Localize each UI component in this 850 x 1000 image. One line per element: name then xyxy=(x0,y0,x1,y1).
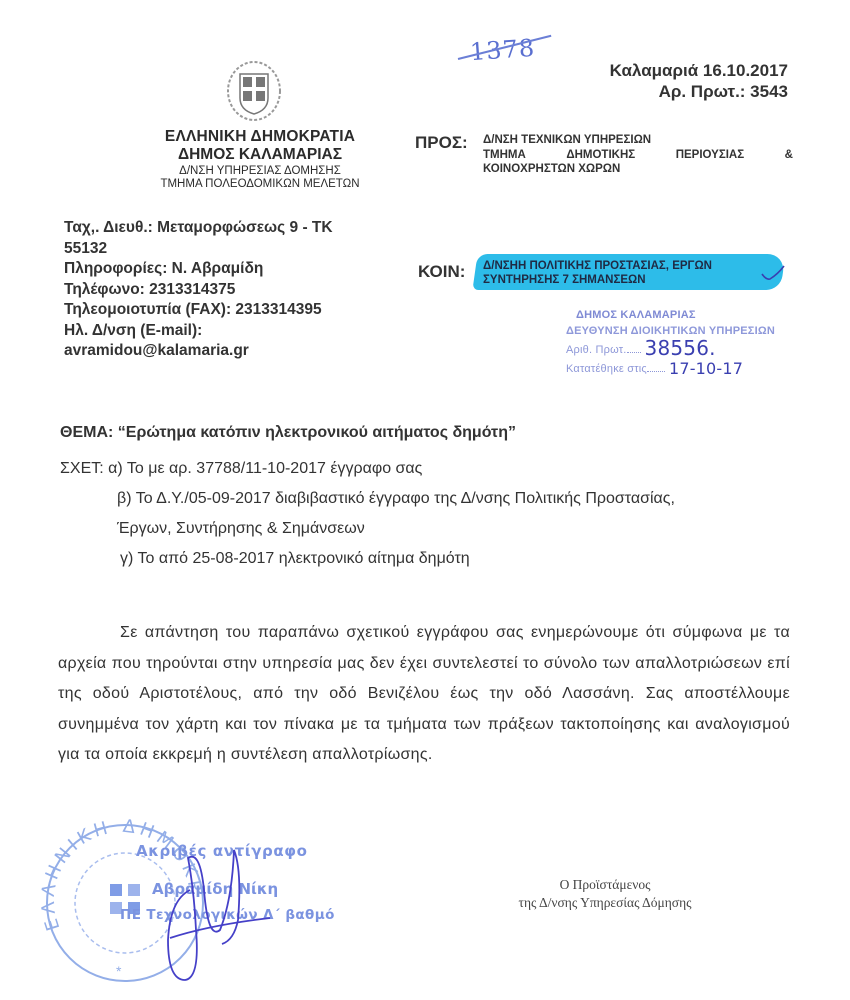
stamp-filed-label: Κατατέθηκε στις xyxy=(566,362,647,378)
received-stamp: ΔΗΜΟΣ ΚΑΛΑΜΑΡΙΑΣ ΔΕΥΘΥΝΣΗ ΔΙΟΙΚΗΤΙΚΩΝ ΥΠ… xyxy=(566,308,806,377)
cc-line: Δ/ΝΣΗΗ ΠΟΛΙΤΙΚΗΣ ΠΡΟΣΤΑΣΙΑΣ, ΕΡΓΩΝ xyxy=(483,259,783,273)
signatory-department: της Δ/νσης Υπηρεσίας Δόμησης xyxy=(455,894,755,912)
to-recipient: Δ/ΝΣΗ ΤΕΧΝΙΚΩΝ ΥΠΗΡΕΣΙΩΝ ΤΜΗΜΑ ΔΗΜΟΤΙΚΗΣ… xyxy=(483,133,793,177)
org-line: ΔΗΜΟΣ ΚΑΛΑΜΑΡΙΑΣ xyxy=(120,146,400,164)
cc-label: ΚΟΙΝ: xyxy=(418,262,465,282)
stamp-protocol-row: Αριθ. Πρωτ. 38556. xyxy=(566,339,806,359)
issuing-authority: ΕΛΛΗΝΙΚΗ ΔΗΜΟΚΡΑΤΙΑ ΔΗΜΟΣ ΚΑΛΑΜΑΡΙΑΣ Δ/Ν… xyxy=(120,128,400,191)
dotted-line xyxy=(627,352,641,353)
contact-block: Ταχ,. Διευθ.: Μεταμορφώσεως 9 - ΤΚ 55132… xyxy=(64,218,394,362)
to-line: ΚΟΙΝΟΧΡΗΣΤΩΝ ΧΩΡΩΝ xyxy=(483,162,793,177)
svg-text:*: * xyxy=(116,963,122,979)
document-date: Καλαμαριά 16.10.2017 xyxy=(560,60,788,81)
to-word: & xyxy=(785,148,793,163)
reference-item: ΣΧΕΤ: α) Το με αρ. 37788/11-10-2017 έγγρ… xyxy=(60,454,820,484)
reference-item-continued: Έργων, Συντήρησης & Σημάνσεων xyxy=(60,514,820,544)
to-word: ΠΕΡΙΟΥΣΙΑΣ xyxy=(676,148,744,163)
references: ΣΧΕΤ: α) Το με αρ. 37788/11-10-2017 έγγρ… xyxy=(60,454,820,574)
stamp-protocol-label: Αριθ. Πρωτ. xyxy=(566,343,627,359)
email-address: avramidou@kalamaria.gr xyxy=(64,341,394,362)
to-line: Δ/ΝΣΗ ΤΕΧΝΙΚΩΝ ΥΠΗΡΕΣΙΩΝ xyxy=(483,133,793,148)
phone-number: Τηλέφωνο: 2313314375 xyxy=(64,280,394,301)
letter-body: Σε απάντηση του παραπάνω σχετικού εγγράφ… xyxy=(58,618,790,771)
stamp-filed-row: Κατατέθηκε στις 17-10-17 xyxy=(566,359,806,378)
reference-text: α) Το με αρ. 37788/11-10-2017 έγγραφο σα… xyxy=(108,460,422,477)
dotted-line xyxy=(647,371,665,372)
org-line: ΤΜΗΜΑ ΠΟΛΕΟΔΟΜΙΚΩΝ ΜΕΛΕΤΩΝ xyxy=(120,178,400,191)
cc-line: ΣΥΝΤΗΡΗΣΗΣ 7 ΣΗΜΑΝΣΕΩΝ xyxy=(483,273,783,287)
org-line: Δ/ΝΣΗ ΥΠΗΡΕΣΙΑΣ ΔΟΜΗΣΗΣ xyxy=(120,165,400,178)
greek-coat-of-arms-icon xyxy=(226,60,282,122)
to-word: ΤΜΗΜΑ xyxy=(483,148,526,163)
check-mark-icon xyxy=(760,264,786,282)
stamp-filed-value: 17-10-17 xyxy=(669,361,743,377)
date-protocol-block: Καλαμαριά 16.10.2017 Αρ. Πρωτ.: 3543 xyxy=(560,60,788,102)
stamp-line: ΔΗΜΟΣ ΚΑΛΑΜΑΡΙΑΣ xyxy=(566,308,806,324)
protocol-number: Αρ. Πρωτ.: 3543 xyxy=(560,81,788,102)
stamp-protocol-value: 38556. xyxy=(645,341,716,357)
address-line: Ταχ,. Διευθ.: Μεταμορφώσεως 9 - ΤΚ xyxy=(64,218,394,239)
signatory-block: Ο Προϊστάμενος της Δ/νσης Υπηρεσίας Δόμη… xyxy=(455,876,755,912)
email-label: Ηλ. Δ/νση (E-mail): xyxy=(64,321,394,342)
references-label: ΣΧΕΤ: xyxy=(60,460,104,477)
fax-number: Τηλεομοιοτυπία (FAX): 2313314395 xyxy=(64,300,394,321)
reference-item: γ) Το από 25-08-2017 ηλεκτρονικό αίτημα … xyxy=(60,544,820,574)
signatory-title: Ο Προϊστάμενος xyxy=(455,876,755,894)
reference-item: β) Το Δ.Υ./05-09-2017 διαβιβαστικό έγγρα… xyxy=(60,484,820,514)
cc-recipient: Δ/ΝΣΗΗ ΠΟΛΙΤΙΚΗΣ ΠΡΟΣΤΑΣΙΑΣ, ΕΡΓΩΝ ΣΥΝΤΗ… xyxy=(483,259,783,287)
info-contact: Πληροφορίες: Ν. Αβραμίδη xyxy=(64,259,394,280)
subject-line: ΘΕΜΑ: “Ερώτημα κατόπιν ηλεκτρονικού αιτή… xyxy=(60,424,516,442)
handwritten-number: 1378 xyxy=(469,34,536,66)
handwritten-signature xyxy=(130,830,290,990)
body-paragraph: Σε απάντηση του παραπάνω σχετικού εγγράφ… xyxy=(58,618,790,771)
to-line: ΤΜΗΜΑ ΔΗΜΟΤΙΚΗΣ ΠΕΡΙΟΥΣΙΑΣ & xyxy=(483,148,793,163)
postal-code: 55132 xyxy=(64,239,394,260)
to-word: ΔΗΜΟΤΙΚΗΣ xyxy=(566,148,635,163)
org-line: ΕΛΛΗΝΙΚΗ ΔΗΜΟΚΡΑΤΙΑ xyxy=(120,128,400,146)
to-label: ΠΡΟΣ: xyxy=(415,133,468,153)
